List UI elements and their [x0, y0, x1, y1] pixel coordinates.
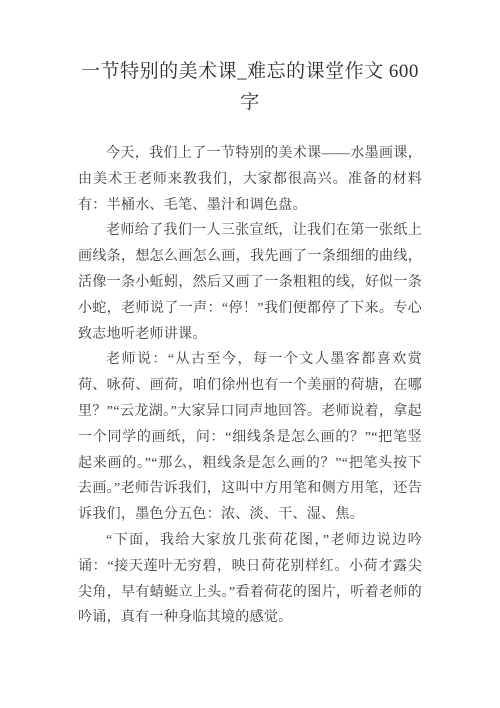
essay-paragraph-3: 老师说：“从古至今，每一个文人墨客都喜欢赏荷、咏荷、画荷，咱们徐州也有一个美丽的… — [78, 347, 422, 528]
essay-paragraph-1: 今天，我们上了一节特别的美术课——水墨画课，由美术王老师来教我们，大家都很高兴。… — [78, 141, 422, 218]
document-page: 一节特别的美术课_难忘的课堂作文 600 字 今天，我们上了一节特别的美术课——… — [78, 0, 422, 631]
essay-paragraph-2: 老师给了我们一人三张宣纸，让我们在第一张纸上画线条，想怎么画怎么画，我先画了一条… — [78, 218, 422, 347]
document-title: 一节特别的美术课_难忘的课堂作文 600 字 — [78, 0, 422, 118]
document-body: 今天，我们上了一节特别的美术课——水墨画课，由美术王老师来教我们，大家都很高兴。… — [78, 141, 422, 631]
essay-paragraph-4: “下面，我给大家放几张荷花图，”老师边说边吟诵：“接天莲叶无穷碧，映日荷花别样红… — [78, 528, 422, 631]
